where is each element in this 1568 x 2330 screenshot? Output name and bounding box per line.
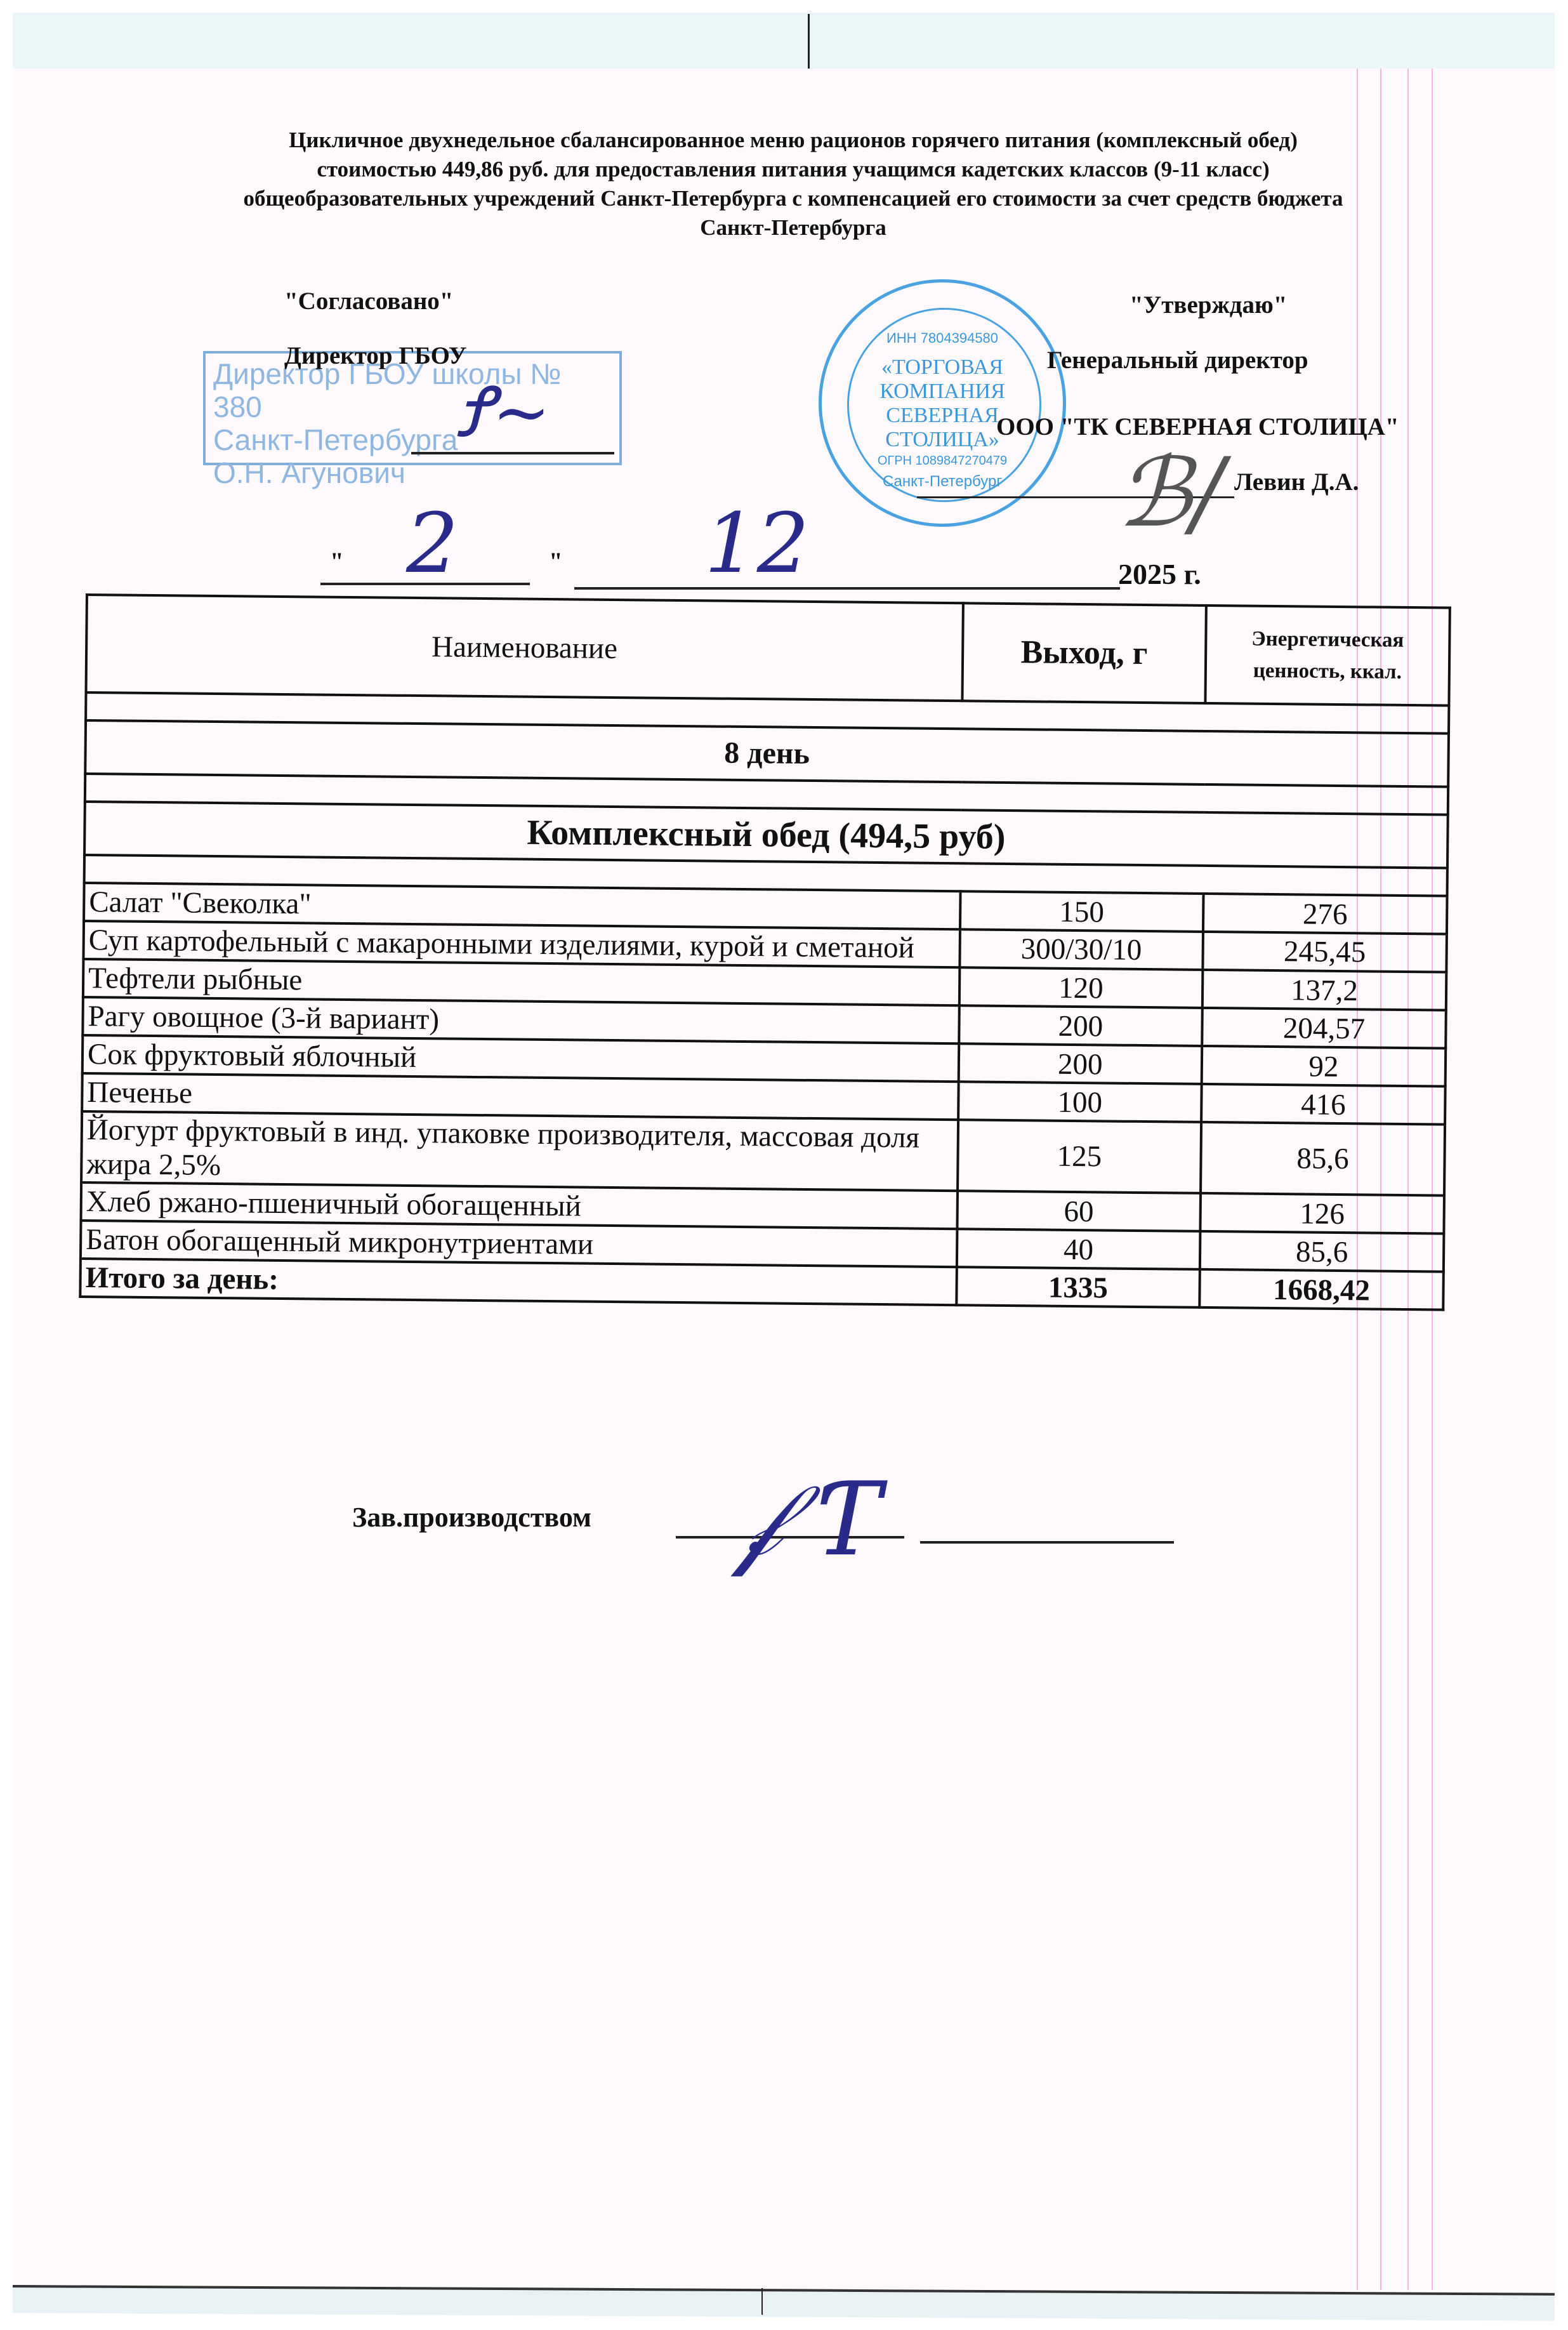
dish-name: Йогурт фруктовый в инд. упаковке произво… <box>81 1111 958 1191</box>
dish-yield: 40 <box>957 1229 1201 1269</box>
total-yield: 1335 <box>956 1267 1200 1307</box>
dish-yield: 100 <box>958 1082 1202 1122</box>
dish-kcal: 85,6 <box>1200 1231 1444 1272</box>
dish-kcal: 85,6 <box>1201 1122 1445 1196</box>
date-day: 2 <box>406 495 459 592</box>
dish-kcal: 126 <box>1200 1193 1444 1234</box>
dish-kcal: 204,57 <box>1202 1008 1446 1049</box>
dish-yield: 300/30/10 <box>959 929 1203 970</box>
dish-kcal: 92 <box>1202 1046 1446 1087</box>
column-header-name: Наименование <box>86 595 963 701</box>
seal-name-line: КОМПАНИЯ <box>822 380 1063 404</box>
date-month: 12 <box>704 495 809 592</box>
approved-label-right: "Утверждаю" <box>1130 291 1287 319</box>
seal-inn: ИНН 7804394580 <box>822 330 1063 347</box>
seal-name-line: «ТОРГОВАЯ <box>822 355 1063 380</box>
title-line: общеобразовательных учреждений Санкт-Пет… <box>95 184 1491 213</box>
scan-edge-top <box>13 13 1555 69</box>
dish-yield: 200 <box>959 1005 1202 1046</box>
seal-city: Санкт-Петербург <box>822 473 1063 491</box>
company-name: ООО "ТК СЕВЕРНАЯ СТОЛИЦА" <box>996 413 1399 441</box>
date-close-quote: " <box>549 547 563 576</box>
title-line: Цикличное двухнедельное сбалансированное… <box>95 126 1491 155</box>
scan-edge-bottom <box>13 2285 1555 2321</box>
column-header-yield: Выход, г <box>962 603 1206 703</box>
table-header-row: Наименование Выход, г Энергетическая цен… <box>86 595 1450 706</box>
scan-mark <box>808 14 810 69</box>
total-kcal: 1668,42 <box>1199 1269 1444 1310</box>
dish-yield: 125 <box>958 1120 1201 1193</box>
seal-ogrn: ОГРН 1089847270479 <box>822 454 1063 468</box>
signer-name: Левин Д.А. <box>1234 468 1359 496</box>
dish-yield: 150 <box>960 891 1204 932</box>
menu-table: Наименование Выход, г Энергетическая цен… <box>79 593 1451 1311</box>
director-position: Директор ГБОУ <box>284 341 466 370</box>
table-row: Йогурт фруктовый в инд. упаковке произво… <box>81 1111 1445 1196</box>
column-header-kcal: Энергетическая ценность, ккал. <box>1205 606 1449 706</box>
title-line: Санкт-Петербурга <box>95 213 1491 242</box>
general-director-position: Генеральный директор <box>1047 346 1308 374</box>
dish-yield: 200 <box>958 1043 1202 1084</box>
approved-label-left: "Согласовано" <box>284 287 453 315</box>
title-line: стоимостью 449,86 руб. для предоставлени… <box>95 155 1491 184</box>
signature-line <box>920 1541 1174 1544</box>
dish-kcal: 137,2 <box>1202 970 1447 1010</box>
dish-yield: 60 <box>957 1191 1201 1231</box>
signature-director: Ꝭ~ <box>457 362 551 457</box>
total-label: Итого за день: <box>80 1259 956 1305</box>
date-year: 2025 г. <box>1118 557 1201 591</box>
signature-production-manager: 𝒻 Ƭ <box>736 1460 881 1580</box>
production-manager-label: Зав.производством <box>352 1501 591 1533</box>
dish-yield: 120 <box>959 967 1203 1008</box>
date-month-line <box>574 587 1120 590</box>
stamp-line: О.Н. Агунович <box>213 456 612 489</box>
scan-mark <box>761 2288 763 2315</box>
dish-kcal: 416 <box>1201 1084 1446 1125</box>
document-title: Цикличное двухнедельное сбалансированное… <box>95 126 1491 242</box>
company-seal: ИНН 7804394580 «ТОРГОВАЯ КОМПАНИЯ СЕВЕРН… <box>819 279 1066 527</box>
dish-kcal: 245,45 <box>1202 932 1447 972</box>
date-open-quote: " <box>330 547 344 576</box>
dish-kcal: 276 <box>1203 894 1447 934</box>
signature-general-director: ℬ∕ <box>1117 438 1223 548</box>
